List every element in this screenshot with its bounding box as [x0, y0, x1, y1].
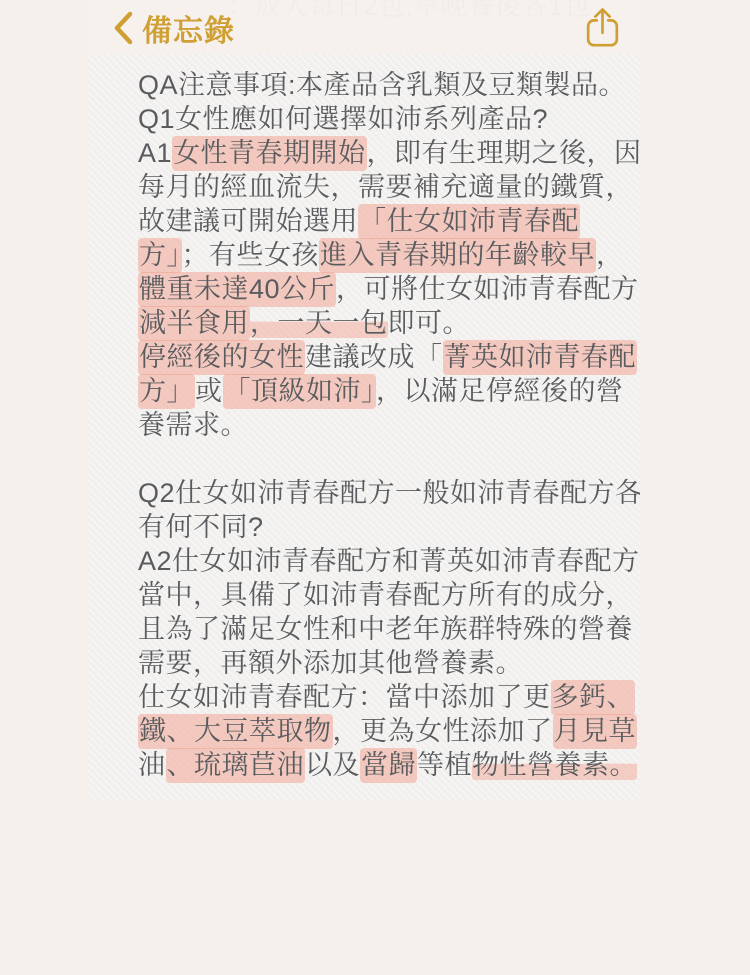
note-line: Q2仕女如沛青春配方一般如沛青春配方各 — [138, 476, 638, 510]
note-text: ， — [596, 240, 624, 270]
note-text: ，更為女性添加了 — [333, 716, 553, 746]
highlighted-text: 停經後的女性 — [138, 340, 305, 375]
note-text: 當中，具備了如沛青春配方所有的成分， — [138, 580, 633, 610]
highlighted-text: 物性營養素。 — [472, 750, 637, 780]
chevron-left-icon — [112, 11, 134, 45]
note-text: 建議改成「 — [305, 342, 443, 372]
note-text: 油 — [138, 750, 166, 780]
highlighted-text: 、琉璃苣油 — [166, 748, 306, 783]
highlighted-text: 當歸 — [360, 748, 417, 783]
note-line: 每月的經血流失，需要補充適量的鐵質， — [138, 170, 638, 204]
note-text: Q1女性應如何選擇如沛系列產品? — [138, 104, 548, 134]
note-line: 鐵、大豆萃取物，更為女性添加了月見草 — [138, 714, 638, 748]
note-text: 仕女如沛青春配方：當中添加了更 — [138, 682, 551, 712]
note-line: QA注意事項:本產品含乳類及豆類製品。 — [138, 68, 638, 102]
highlighted-text: 菁英如沛青春配 — [443, 340, 638, 375]
highlighted-text: 「頂級如沛」 — [223, 374, 377, 409]
note-text: 每月的經血流失，需要補充適量的鐵質， — [138, 172, 633, 202]
note-line: 養需求。 — [138, 408, 638, 442]
note-line: 需要，再額外添加其他營養素。 — [138, 646, 638, 680]
note-line: 停經後的女性建議改成「菁英如沛青春配 — [138, 340, 638, 374]
highlighted-text: ，一天一包 — [250, 308, 388, 338]
note-text: 以及 — [305, 750, 360, 780]
back-button-label: 備忘錄 — [142, 6, 235, 50]
highlighted-text: 方」 — [138, 238, 182, 273]
note-line: 故建議可開始選用「仕女如沛青春配 — [138, 204, 638, 238]
notes-app-screen: ：成人每日2包,早晚餐後各1包 QA注意事項:本產品含乳類及豆類製品。Q1女性應… — [0, 0, 750, 975]
highlighted-text: 月見草 — [553, 714, 638, 749]
note-text: ，可將仕女如沛青春配方 — [336, 274, 639, 304]
note-line: 方」；有些女孩進入青春期的年齡較早， — [138, 238, 638, 272]
note-line: Q1女性應如何選擇如沛系列產品? — [138, 102, 638, 136]
note-text: 故建議可開始選用 — [138, 206, 358, 236]
note-line: 仕女如沛青春配方：當中添加了更多鈣、 — [138, 680, 638, 714]
note-text: ，以滿足停經後的營 — [376, 376, 624, 406]
highlighted-text: 女性青春期開始 — [172, 136, 367, 171]
highlighted-text: 鐵、大豆萃取物 — [138, 714, 333, 749]
note-line: 油、琉璃苣油以及當歸等植物性營養素。 — [138, 748, 638, 782]
note-line — [138, 442, 638, 476]
note-text: 或 — [195, 376, 223, 406]
note-line: 體重未達40公斤，可將仕女如沛青春配方 — [138, 272, 638, 306]
note-line: A1女性青春期開始，即有生理期之後，因 — [138, 136, 638, 170]
share-button[interactable] — [585, 7, 620, 49]
note-image-attachment[interactable]: ：成人每日2包,早晚餐後各1包 QA注意事項:本產品含乳類及豆類製品。Q1女性應… — [88, 0, 640, 800]
highlighted-text: 進入青春期的年齡較早 — [319, 238, 596, 273]
note-line: 有何不同? — [138, 510, 638, 544]
note-text: ，即有生理期之後，因 — [367, 138, 640, 168]
note-text: ；有些女孩 — [182, 240, 320, 270]
note-line: 當中，具備了如沛青春配方所有的成分， — [138, 578, 638, 612]
note-text: Q2仕女如沛青春配方一般如沛青春配方各 — [138, 478, 640, 508]
note-text: A2仕女如沛青春配方和菁英如沛青春配方 — [138, 546, 640, 576]
note-line: 方」或「頂級如沛」，以滿足停經後的營 — [138, 374, 638, 408]
highlighted-text: 多鈣、 — [551, 680, 636, 715]
note-text: 即可。 — [388, 308, 471, 338]
note-line: 減半食用，一天一包即可。 — [138, 306, 638, 340]
note-text: 有何不同? — [138, 512, 264, 542]
navigation-bar: 備忘錄 — [0, 0, 750, 54]
note-text: 等植 — [417, 750, 472, 780]
note-text: QA注意事項:本產品含乳類及豆類製品。 — [138, 70, 626, 100]
note-line: 且為了滿足女性和中老年族群特殊的營養 — [138, 612, 638, 646]
highlighted-text: 「仕女如沛青春配 — [358, 204, 580, 239]
highlighted-text: 方」 — [138, 374, 195, 409]
highlighted-text: 減半食用 — [138, 306, 250, 341]
back-button[interactable]: 備忘錄 — [112, 6, 235, 50]
note-text: 養需求。 — [138, 410, 248, 440]
share-icon — [585, 7, 620, 49]
note-text: A1 — [138, 138, 172, 168]
note-text-block: QA注意事項:本產品含乳類及豆類製品。Q1女性應如何選擇如沛系列產品?A1女性青… — [138, 68, 638, 782]
note-text: 且為了滿足女性和中老年族群特殊的營養 — [138, 614, 633, 644]
note-text: 需要，再額外添加其他營養素。 — [138, 648, 523, 678]
note-line: A2仕女如沛青春配方和菁英如沛青春配方 — [138, 544, 638, 578]
highlighted-text: 體重未達40公斤 — [138, 272, 336, 307]
